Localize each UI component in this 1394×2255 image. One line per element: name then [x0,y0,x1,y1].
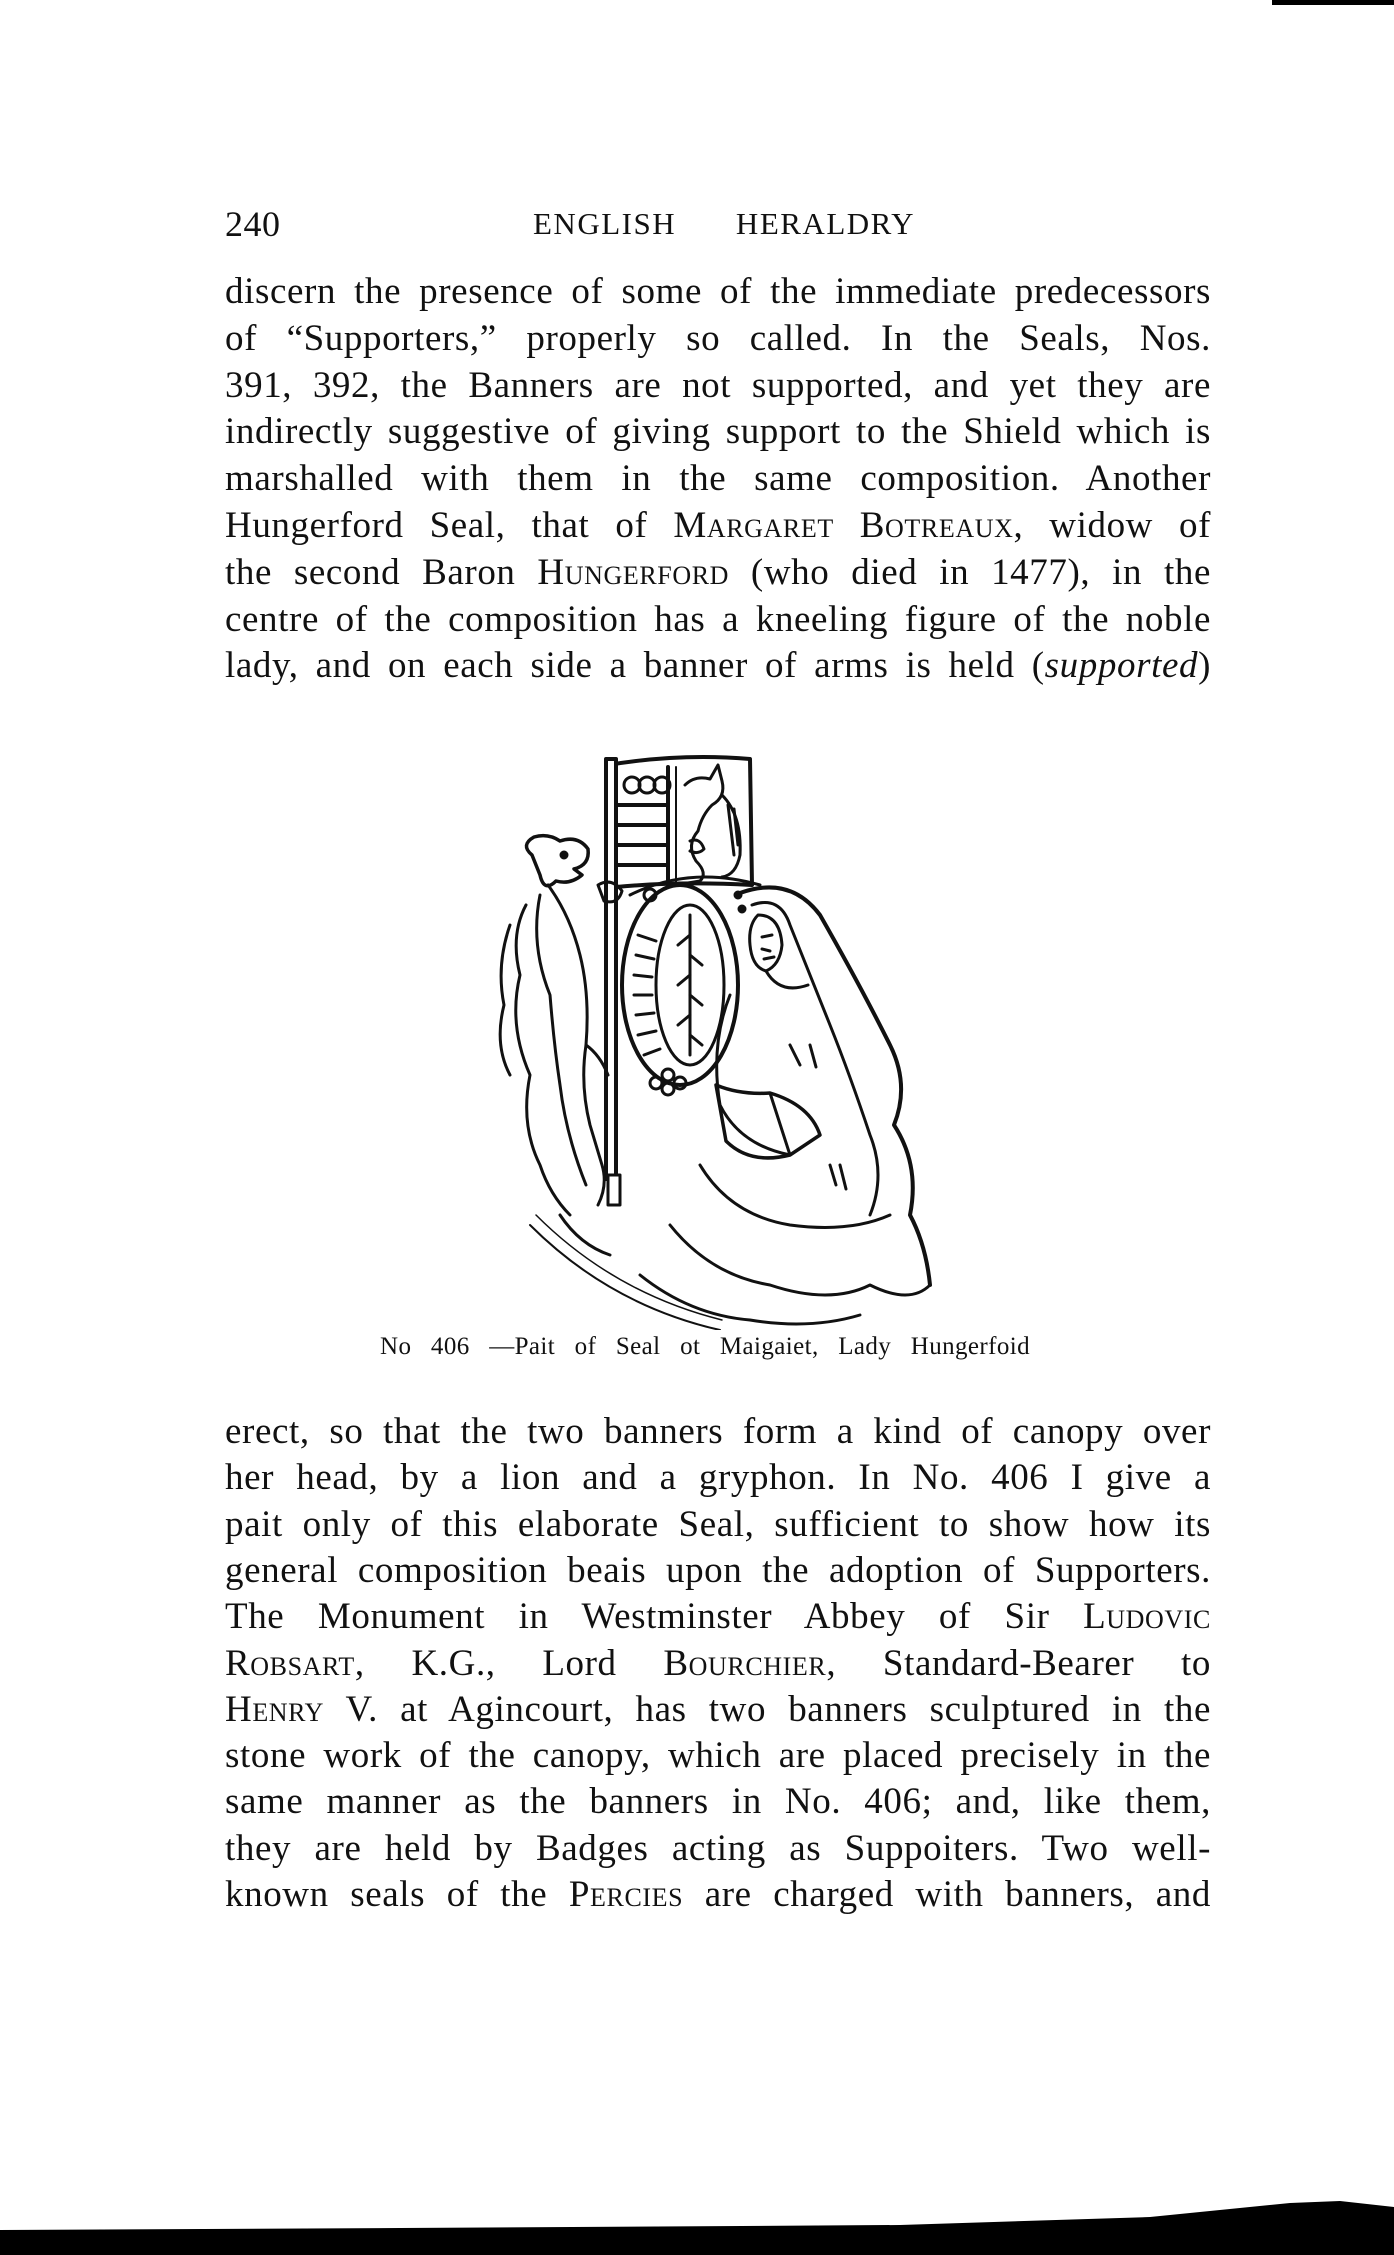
running-head: 240 ENGLISH HERALDRY [225,204,1211,244]
text-line: general composition beais upon the adopt… [225,1549,1211,1593]
text-line: stone work of the canopy, which are plac… [225,1734,1211,1778]
text-line: 391, 392, the Banners are not supported,… [225,364,1211,408]
text-run: discern the presence of some of the imme… [225,271,1211,312]
text-run: centre of the composition has a kneeling… [225,599,1211,640]
kneeling-lady-icon [640,887,930,1324]
text-run: her head, by a lion and a gryphon. In No… [225,1457,1211,1498]
text-line: erect, so that the two banners form a ki… [225,1410,1211,1454]
text-run: , K.G., Lord [355,1643,663,1684]
text-run: marshalled with them in the same composi… [225,458,1211,499]
shield-icon [622,885,745,1095]
text-line: the second Baron Hungerford (who died in… [225,551,1211,595]
text-run: 391, 392, the Banners are not supported,… [225,365,1211,406]
text-line: Hungerford Seal, that of Margaret Botrea… [225,504,1211,548]
scan-edge-artifact-bottom [0,2195,1394,2255]
text-run: of “Supporters,” properly so called. In … [225,318,1211,359]
text-line: pait only of this elaborate Seal, suffic… [225,1503,1211,1547]
text-line: centre of the composition has a kneeling… [225,598,1211,642]
small-caps-name: Henry [225,1689,324,1730]
book-page: 240 ENGLISH HERALDRY discern the presenc… [0,0,1394,2255]
text-run: , widow of [1013,505,1211,546]
text-run: they are held by Badges acting as Suppoi… [225,1828,1211,1869]
small-caps-name: Percies [569,1874,683,1915]
text-run: general composition beais upon the adopt… [225,1550,1211,1591]
small-caps-name: Margaret Botreaux [673,505,1013,546]
text-run: known seals of the [225,1874,569,1915]
text-run: V. at Agincourt, has two banners sculptu… [324,1689,1211,1730]
text-line: indirectly suggestive of giving support … [225,410,1211,454]
text-run: indirectly suggestive of giving support … [225,411,1211,452]
text-line: Robsart, K.G., Lord Bourchier, Standard-… [225,1642,1211,1686]
text-line: marshalled with them in the same composi… [225,457,1211,501]
text-run: ) [1198,645,1211,686]
gryphon-icon [685,765,740,883]
lion-icon [500,836,610,1255]
text-line: The Monument in Westminster Abbey of Sir… [225,1595,1211,1639]
text-run: pait only of this elaborate Seal, suffic… [225,1504,1211,1545]
small-caps-name: Robsart [225,1643,355,1684]
text-line: they are held by Badges acting as Suppoi… [225,1827,1211,1871]
small-caps-name: Ludovic [1083,1596,1211,1637]
page-number: 240 [225,204,281,244]
text-run: the second Baron [225,552,537,593]
text-line: her head, by a lion and a gryphon. In No… [225,1456,1211,1500]
text-run: erect, so that the two banners form a ki… [225,1411,1211,1452]
running-title: ENGLISH HERALDRY [533,204,915,244]
small-caps-name: Hungerford [537,552,729,593]
text-line: Henry V. at Agincourt, has two banners s… [225,1688,1211,1732]
scan-edge-artifact-top [1272,0,1394,5]
text-run: , Standard-Bearer to [826,1643,1211,1684]
text-run: are charged with banners, and [683,1874,1211,1915]
text-run: stone work of the canopy, which are plac… [225,1735,1211,1776]
text-line: same manner as the banners in No. 406; a… [225,1780,1211,1824]
figure-caption: No 406 —Pait of Seal ot Maigaiet, Lady H… [380,1332,1030,1362]
text-run: The Monument in Westminster Abbey of Sir [225,1596,1083,1637]
text-line: discern the presence of some of the imme… [225,270,1211,314]
text-run: lady, and on each side a banner of arms … [225,645,1045,686]
text-line: lady, and on each side a banner of arms … [225,644,1211,688]
text-line: of “Supporters,” properly so called. In … [225,317,1211,361]
italic-term: supported [1045,645,1198,686]
seal-illustration [490,745,935,1330]
text-run: same manner as the banners in No. 406; a… [225,1781,1211,1822]
small-caps-name: Bourchier [663,1643,826,1684]
text-run: (who died in 1477), in the [729,552,1211,593]
text-run: Hungerford Seal, that of [225,505,673,546]
text-line: known seals of the Percies are charged w… [225,1873,1211,1917]
